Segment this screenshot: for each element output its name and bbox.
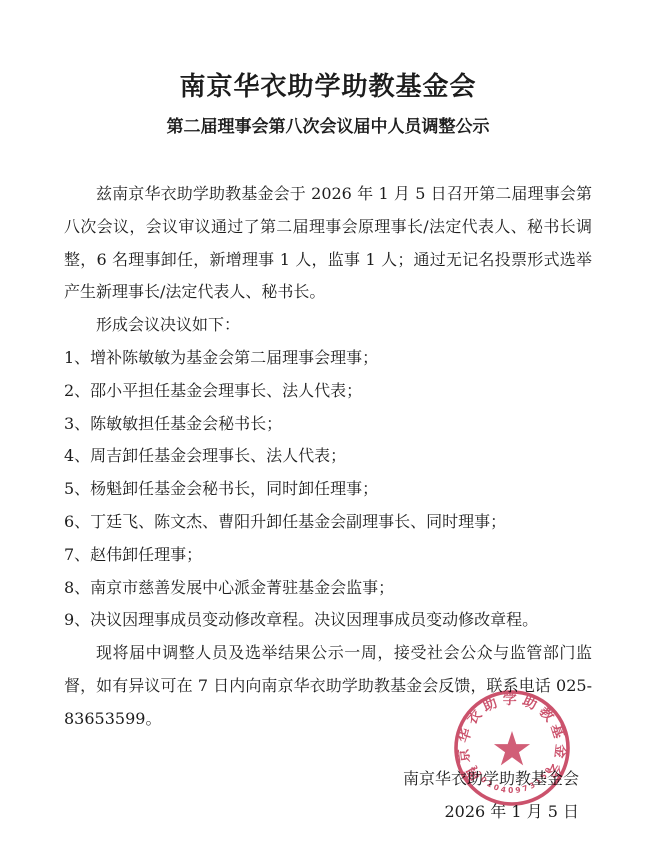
resolution-item: 5、杨魁卸任基金会秘书长，同时卸任理事； xyxy=(64,473,592,506)
resolution-item: 3、陈敏敏担任基金会秘书长； xyxy=(64,408,592,441)
resolution-item: 2、邵小平担任基金会理事长、法人代表； xyxy=(64,375,592,408)
resolution-item: 6、丁廷飞、陈文杰、曹阳升卸任基金会副理事长、同时理事； xyxy=(64,506,592,539)
resolution-item: 7、赵伟卸任理事； xyxy=(64,539,592,572)
intro-paragraph: 兹南京华衣助学助教基金会于 2026 年 1 月 5 日召开第二届理事会第八次会… xyxy=(64,178,592,309)
resolution-item: 8、南京市慈善发展中心派金菁驻基金会监事； xyxy=(64,572,592,605)
closing-paragraph: 现将届中调整人员及选举结果公示一周，接受社会公众与监管部门监督，如有异议可在 7… xyxy=(64,637,592,735)
page-title: 南京华衣助学助教基金会 xyxy=(64,72,592,102)
signature-block: 南京华衣助学助教基金会 2026 年 1 月 5 日 xyxy=(64,762,592,828)
announcement-document: 南京华衣助学助教基金会 第二届理事会第八次会议届中人员调整公示 兹南京华衣助学助… xyxy=(0,0,654,864)
document-content: 南京华衣助学助教基金会 第二届理事会第八次会议届中人员调整公示 兹南京华衣助学助… xyxy=(64,72,592,828)
signature-date: 2026 年 1 月 5 日 xyxy=(64,795,579,828)
signature-org: 南京华衣助学助教基金会 xyxy=(64,762,579,795)
document-body: 兹南京华衣助学助教基金会于 2026 年 1 月 5 日召开第二届理事会第八次会… xyxy=(64,178,592,736)
resolution-item: 9、决议因理事成员变动修改章程。决议因理事成员变动修改章程。 xyxy=(64,604,592,637)
page-subtitle: 第二届理事会第八次会议届中人员调整公示 xyxy=(64,116,592,138)
resolution-lead: 形成会议决议如下： xyxy=(64,309,592,342)
resolution-item: 4、周吉卸任基金会理事长、法人代表； xyxy=(64,440,592,473)
resolution-item: 1、增补陈敏敏为基金会第二届理事会理事； xyxy=(64,342,592,375)
